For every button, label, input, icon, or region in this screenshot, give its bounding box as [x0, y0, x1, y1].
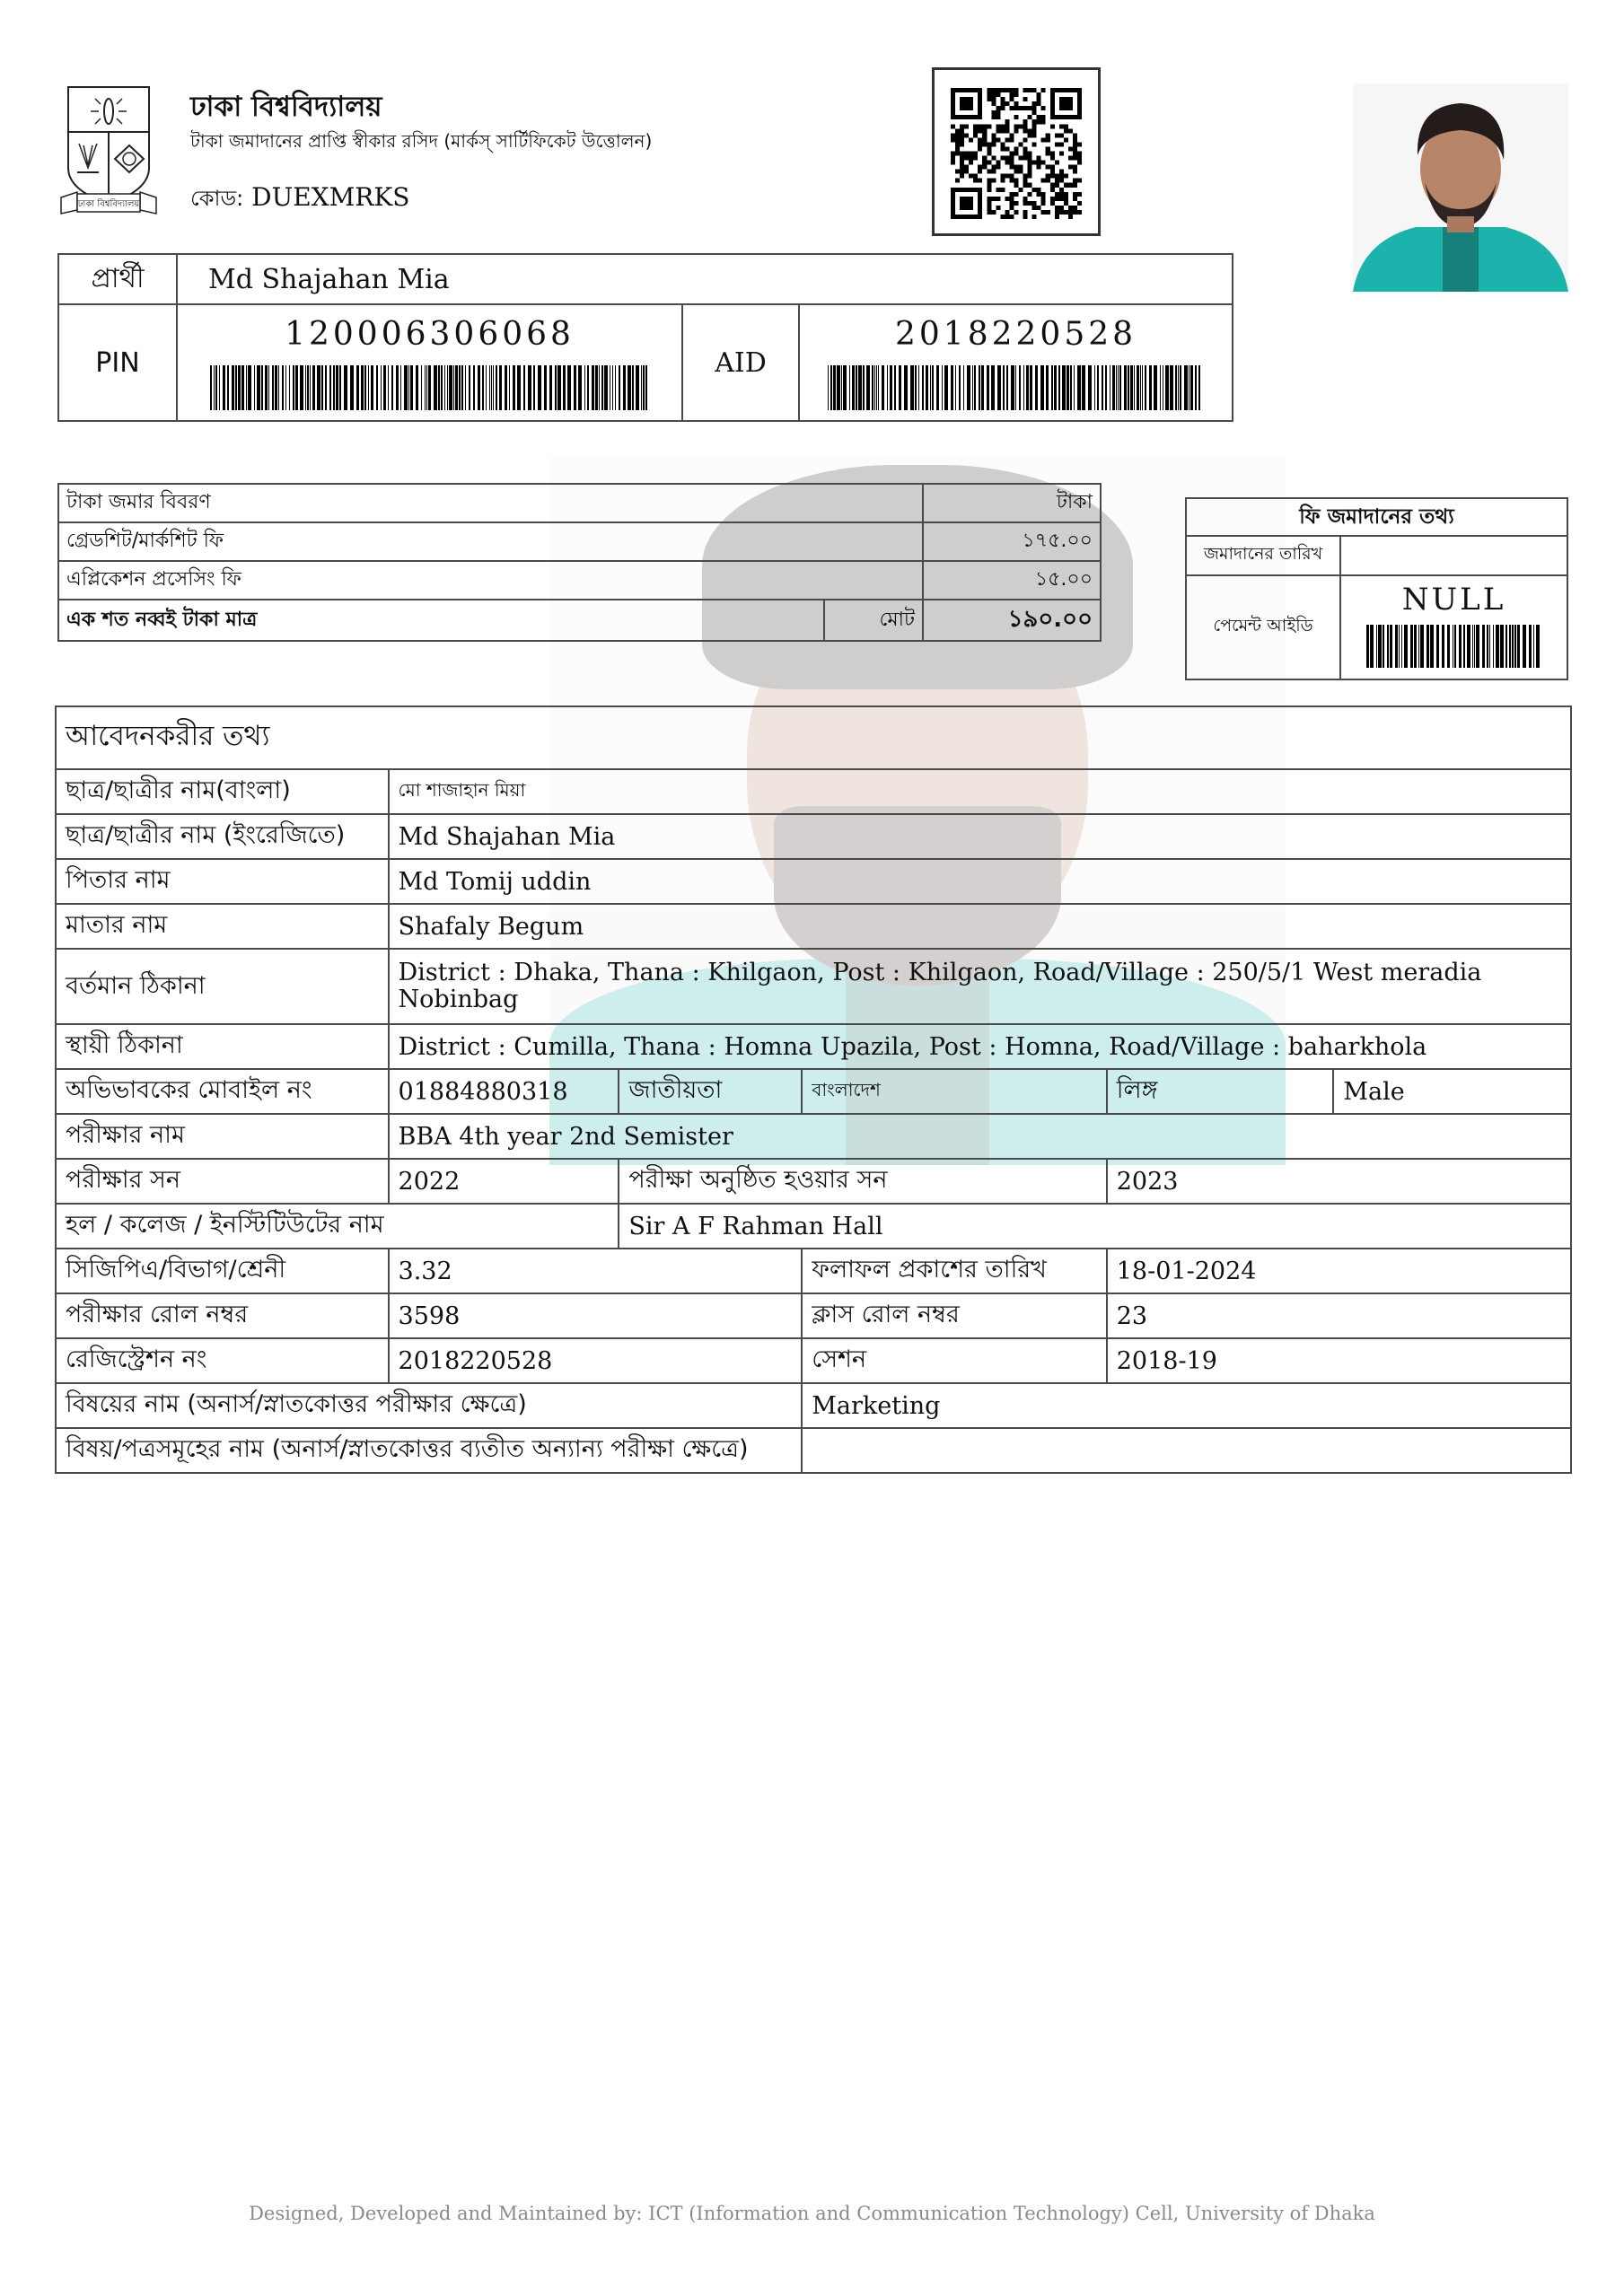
cgpa-label: সিজিপিএ/বিভাগ/শ্রেনী — [56, 1249, 389, 1293]
fee-table: টাকা জমার বিবরণ টাকা গ্রেডশিট/মার্কশিট ফ… — [57, 483, 1102, 642]
permanent-address-label: স্থায়ী ঠিকানা — [56, 1024, 389, 1069]
exam-name-value: BBA 4th year 2nd Semister — [389, 1114, 1571, 1159]
exam-year-label: পরীক্ষার সন — [56, 1159, 389, 1204]
candidate-name: Md Shajahan Mia — [177, 254, 1233, 304]
currency-label: টাকা — [923, 484, 1101, 522]
candidate-label: প্রার্থী — [58, 254, 177, 304]
registration-value: 2018220528 — [389, 1338, 803, 1383]
present-address-label: বর্তমান ঠিকানা — [56, 949, 389, 1024]
footer-credit: Designed, Developed and Maintained by: I… — [0, 2203, 1624, 2224]
cgpa-value: 3.32 — [389, 1249, 803, 1293]
mother-value: Shafaly Begum — [389, 904, 1571, 949]
exam-held-label: পরীক্ষা অনুষ্ঠিত হওয়ার সন — [619, 1159, 1106, 1204]
session-label: সেশন — [802, 1338, 1107, 1383]
class-roll-value: 23 — [1107, 1293, 1571, 1338]
exam-held-value: 2023 — [1107, 1159, 1571, 1204]
candidate-table: প্রার্থী Md Shajahan Mia PIN 12000630606… — [57, 253, 1233, 422]
hall-label: হল / কলেজ / ইনস্টিটিউটের নাম — [56, 1204, 619, 1249]
father-value: Md Tomij uddin — [389, 859, 1571, 904]
exam-year-value: 2022 — [389, 1159, 619, 1204]
name-bn-label: ছাত্র/ছাত্রীর নাম(বাংলা) — [56, 769, 389, 814]
university-name: ঢাকা বিশ্ববিদ্যালয় — [190, 85, 382, 132]
qr-code-icon — [932, 67, 1101, 236]
father-label: পিতার নাম — [56, 859, 389, 904]
class-roll-label: ক্লাস রোল নম্বর — [802, 1293, 1107, 1338]
payment-id-value: NULL — [1341, 582, 1567, 618]
hall-value: Sir A F Rahman Hall — [619, 1204, 1571, 1249]
payment-date-label: জমাদানের তারিখ — [1186, 536, 1340, 575]
payment-info-title: ফি জমাদানের তথ্য — [1186, 498, 1567, 536]
code-line: কোড: DUEXMRKS — [190, 182, 409, 218]
code-value: DUEXMRKS — [251, 182, 409, 212]
mother-label: মাতার নাম — [56, 904, 389, 949]
guardian-mobile-value: 01884880318 — [389, 1069, 619, 1114]
nationality-label: জাতীয়তা — [619, 1069, 802, 1114]
aid-barcode-icon — [828, 365, 1205, 410]
subject-value: Marketing — [802, 1383, 1571, 1428]
result-date-value: 18-01-2024 — [1107, 1249, 1571, 1293]
payment-barcode-icon — [1366, 625, 1542, 668]
present-address-value: District : Dhaka, Thana : Khilgaon, Post… — [389, 949, 1571, 1024]
fee-item-label: এপ্লিকেশন প্রসেসিং ফি — [58, 561, 923, 600]
svg-text:ঢাকা বিশ্ববিদ্যালয়: ঢাকা বিশ্ববিদ্যালয় — [77, 198, 141, 209]
university-crest-icon: ঢাকা বিশ্ববিদ্যালয় — [59, 83, 158, 217]
applicant-info-title: আবেদনকরীর তথ্য — [56, 706, 1571, 769]
permanent-address-value: District : Cumilla, Thana : Homna Upazil… — [389, 1024, 1571, 1069]
receipt-subtitle: টাকা জমাদানের প্রাপ্তি স্বীকার রসিদ (মার… — [190, 128, 652, 158]
payment-id-label: পেমেন্ট আইডি — [1186, 575, 1340, 679]
amount-in-words: এক শত নব্বই টাকা মাত্র — [58, 600, 824, 641]
applicant-info-table: আবেদনকরীর তথ্য ছাত্র/ছাত্রীর নাম(বাংলা) … — [55, 705, 1572, 1474]
gender-value: Male — [1333, 1069, 1571, 1114]
fee-item-amount: ১৫.০০ — [923, 561, 1101, 600]
pin-cell: 120006306068 — [177, 304, 682, 421]
total-amount: ১৯০.০০ — [923, 600, 1101, 641]
fee-row: গ্রেডশিট/মার্কশিট ফি ১৭৫.০০ — [58, 522, 1101, 561]
exam-roll-label: পরীক্ষার রোল নম্বর — [56, 1293, 389, 1338]
exam-name-label: পরীক্ষার নাম — [56, 1114, 389, 1159]
code-label: কোড: — [190, 186, 243, 211]
guardian-mobile-label: অভিভাবকের মোবাইল নং — [56, 1069, 389, 1114]
gender-label: লিঙ্গ — [1107, 1069, 1334, 1114]
fee-item-amount: ১৭৫.০০ — [923, 522, 1101, 561]
payment-id-cell: NULL — [1340, 575, 1567, 679]
pin-barcode-icon — [210, 365, 650, 410]
papers-label: বিষয়/পত্রসমূহের নাম (অনার্স/স্নাতকোত্তর… — [56, 1428, 802, 1473]
pin-label: PIN — [58, 304, 177, 421]
session-value: 2018-19 — [1107, 1338, 1571, 1383]
name-bn-value: মো শাজাহান মিয়া — [389, 769, 1571, 814]
payment-info-table: ফি জমাদানের তথ্য জমাদানের তারিখ পেমেন্ট … — [1185, 497, 1568, 680]
name-en-value: Md Shajahan Mia — [389, 814, 1571, 859]
total-label: মোট — [824, 600, 923, 641]
result-date-label: ফলাফল প্রকাশের তারিখ — [802, 1249, 1107, 1293]
applicant-photo — [1353, 83, 1568, 292]
fee-item-label: গ্রেডশিট/মার্কশিট ফি — [58, 522, 923, 561]
registration-label: রেজিস্ট্রেশন নং — [56, 1338, 389, 1383]
subject-label: বিষয়ের নাম (অনার্স/স্নাতকোত্তর পরীক্ষার… — [56, 1383, 802, 1428]
nationality-value: বাংলাদেশ — [802, 1069, 1107, 1114]
exam-roll-value: 3598 — [389, 1293, 803, 1338]
papers-value — [802, 1428, 1571, 1473]
aid-value: 2018220528 — [800, 316, 1232, 353]
aid-cell: 2018220528 — [799, 304, 1233, 421]
fee-row: এপ্লিকেশন প্রসেসিং ফি ১৫.০০ — [58, 561, 1101, 600]
payment-date-value — [1340, 536, 1567, 575]
name-en-label: ছাত্র/ছাত্রীর নাম (ইংরেজিতে) — [56, 814, 389, 859]
pin-value: 120006306068 — [178, 316, 681, 353]
fee-header-label: টাকা জমার বিবরণ — [58, 484, 923, 522]
aid-label: AID — [682, 304, 799, 421]
